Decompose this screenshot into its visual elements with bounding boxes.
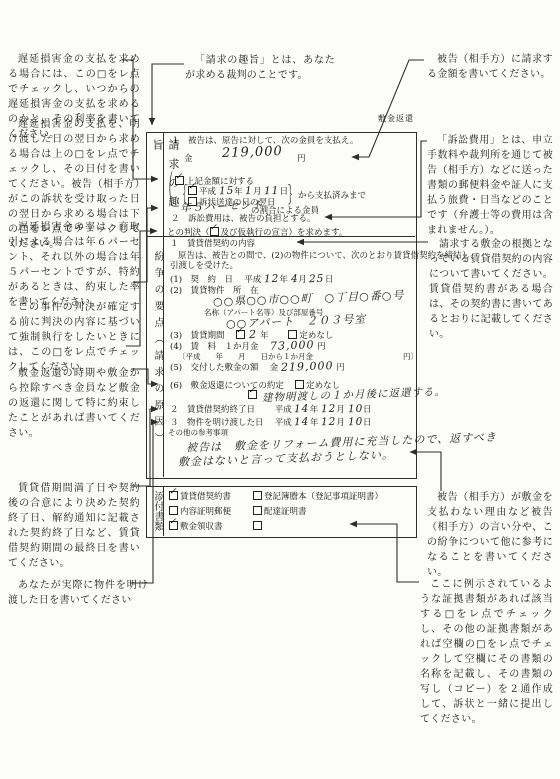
judgment-suffix: 及び仮執行の宣言）を求めます。: [221, 228, 348, 238]
unit-day: 日: [280, 187, 289, 197]
callout-right-evidence: ここに例示されているような証拠書類があれば該当する□をレ点でチェックし、その他の…: [420, 577, 553, 727]
amount-yen: 円: [297, 154, 306, 164]
claim-line2: ２ 訴訟費用は、被告の負担とする。: [171, 214, 316, 224]
contract-date-label: (1) 契 約 日: [170, 275, 233, 285]
moveout-year: 14: [294, 417, 310, 428]
deposit-yen: 円: [336, 363, 345, 373]
unit-year: 年: [234, 187, 243, 197]
attachment-label: 賃貸借契約書: [180, 492, 231, 502]
callout-right-amount: 被告（相手方）に請求する金額を書いてください。: [427, 52, 553, 82]
unit-month: 月: [253, 187, 262, 197]
amount-kin: 金: [184, 154, 193, 164]
era-label: 平成: [275, 418, 292, 428]
lease-term-unit: 年: [260, 331, 269, 341]
section-label-tempu: 添付書類: [150, 491, 165, 533]
unit-month: 月: [298, 275, 307, 285]
dispute-intro1: 原告は、被告との間で、(2)の物件について、次のとおり賃貸借契約を締結し、: [178, 251, 479, 261]
contract-month: 4: [290, 274, 298, 284]
claim-date-year: 15: [219, 186, 235, 197]
claim-date-day: 11: [264, 186, 280, 197]
attachment-label: 敷金領収書: [180, 522, 223, 532]
attachment-label: 配達証明書: [264, 507, 307, 517]
moveout-day: 10: [347, 417, 363, 428]
checkbox-attachment-delivery-cert: [253, 506, 262, 515]
callout-left-moveout-date: あなたが実際に物件を明け渡した日を書いてください: [8, 578, 148, 608]
era-label: 平成: [275, 405, 292, 415]
checkbox-attachment-receipt: [169, 521, 178, 530]
unit-month: 月: [336, 418, 345, 428]
unit-day: 日: [325, 275, 334, 285]
checkbox-karishikko: [210, 227, 219, 236]
checkbox-refund-hand: [248, 390, 257, 399]
callout-left-contract-end: 賃貸借期間満了日や契約後の合意により決めた契約終了日、解約通知に記載された契約終…: [8, 481, 140, 571]
lease-end-label: ２ 賃貸借契約終了日: [170, 405, 255, 415]
checkbox-heisei: [188, 186, 197, 195]
refund-terms-value: 建物明渡しの１か月後に返還する。: [262, 387, 446, 403]
attachment-label: 内容証明郵便: [180, 507, 231, 517]
deposit-kin: 金: [270, 363, 279, 373]
callout-left-rate: 遅延損害金の率は、商取引による場合は年６パーセント、それ以外の場合は年５パーセン…: [8, 220, 140, 310]
checkbox-attachment-other: [253, 521, 262, 530]
checkbox-attachment-registry: [253, 491, 262, 500]
rent-yen: 円: [317, 342, 326, 352]
lead-top-shushi: [152, 64, 184, 125]
deposit-label: (5) 交付した敷金の額: [170, 363, 259, 373]
judgment-prefix: との判決（: [167, 228, 210, 238]
checkbox-jokin: [175, 176, 184, 185]
callout-top-shushi: 「請求の趣旨」とは、あなたが求める裁判のことです。: [185, 53, 335, 83]
rent-value: 73,000: [270, 340, 315, 352]
section-label-funso: 紛争の要点（請求の原因）: [150, 251, 165, 463]
contract-year: 12: [264, 274, 280, 285]
lease-end-month: 12: [321, 404, 337, 415]
moveout-label: ３ 物件を明け渡した日: [170, 418, 264, 428]
unit-year: 年: [310, 418, 319, 428]
attachment-label: 登記簿謄本（登記事項証明書）: [264, 492, 383, 502]
claim-date-month: 1: [245, 186, 253, 196]
lease-end-year: 14: [294, 404, 310, 415]
unit-month: 月: [336, 405, 345, 415]
checkbox-lease-term: [236, 330, 245, 339]
unit-day: 日: [363, 418, 372, 428]
callout-right-defendant-claim: 被告（相手方）が敷金を支払わない理由など被告（相手方）の言い分や、この紛争につい…: [427, 490, 553, 580]
lease-term-value: 2: [249, 330, 257, 340]
rent-label: (4) 賃 料 １か月金: [170, 342, 259, 352]
unit-day: 日: [363, 405, 372, 415]
property-address: ○○県○○市○○町 ○丁目○番○号: [213, 291, 405, 308]
moveout-month: 12: [321, 417, 337, 428]
contract-day: 25: [309, 274, 325, 285]
dispute-heading: １ 賃貸借契約の内容: [170, 239, 255, 249]
callout-left-execution: この事件の判決が確定する前に判決の内容に基づいて強制執行をしたいときには、この□…: [8, 300, 140, 375]
era-label: 平成: [199, 187, 216, 197]
checkbox-attachment-lease: [169, 491, 178, 500]
scanned-form-guide-page: 「請求の趣旨」とは、あなたが求める裁判のことです。 遅延損害金の支払を求める場合…: [0, 0, 560, 779]
callout-right-court-cost: 「訴訟費用」とは、申立手数料や裁判所を通じて被告（相手方）などに送った書類の郵便…: [427, 133, 553, 238]
lease-end-day: 10: [347, 404, 363, 415]
property-name: ○○アパート ２０３号室: [226, 315, 367, 330]
checkbox-term-none: [288, 330, 297, 339]
amount-value: 219,000: [222, 147, 283, 159]
big-open-paren: （: [163, 176, 173, 214]
lease-term-label: (3) 賃貸期間: [170, 331, 225, 341]
checkbox-attachment-certified-mail: [169, 506, 178, 515]
dispute-intro2: 引渡しを受けた。: [170, 261, 238, 271]
deposit-value: 219,000: [281, 361, 334, 373]
form-type-label: 敷金返還: [372, 114, 414, 124]
era-label: 平成: [244, 275, 261, 285]
remarks-label: その他の参考事項: [168, 428, 228, 438]
callout-left-deposit-promise: 敷金返還の時期や敷金から控除すべき金員など敷金の返還に関して特に約束したことがあ…: [8, 366, 140, 441]
kara-label: から支払済みまで: [298, 191, 366, 201]
checkbox-refund-none: [295, 380, 304, 389]
unit-year: 年: [310, 405, 319, 415]
unit-year: 年: [279, 275, 288, 285]
